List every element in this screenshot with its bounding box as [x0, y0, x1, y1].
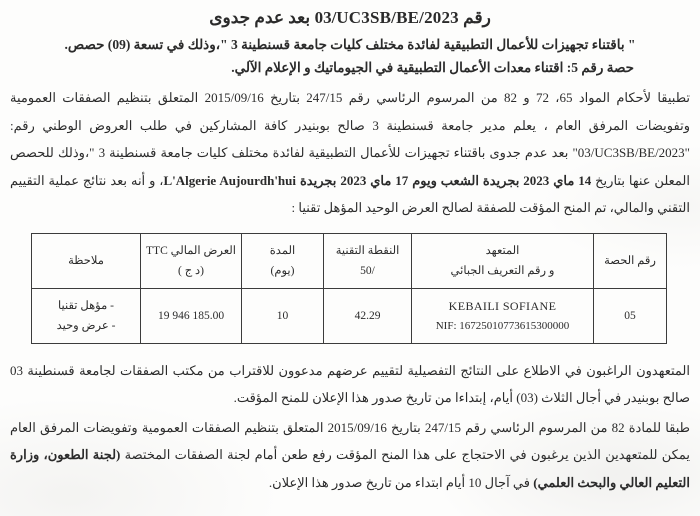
appeal-paragraph: طبقا للمادة 82 من المرسوم الرئاسي رقم 24… — [10, 414, 690, 497]
col-header-financial-offer: العرض المالي TTC (د ج ) — [141, 233, 242, 288]
note-qualified: - مؤهل تقنيا — [35, 296, 137, 316]
bidder-nif: NIF: 16725010773615300000 — [415, 317, 590, 336]
announcement-title: رقم 03/UC3SB/BE/2023 بعد عدم جدوى — [10, 8, 690, 28]
subject-line: " باقتناء تجهيزات للأعمال التطبيقية لفائ… — [10, 37, 690, 53]
title-word-ref: رقم — [463, 8, 491, 27]
duration-value: 10 — [242, 288, 324, 343]
col-header-bidder: المتعهد و رقم التعريف الجبائي — [412, 233, 594, 288]
bidder-name: KEBAILI SOFIANE — [415, 296, 590, 317]
col-header-lot-number: رقم الحصة — [594, 233, 667, 288]
col-header-note: ملاحظة — [32, 233, 141, 288]
lot-number-value: 05 — [594, 288, 667, 343]
bidder-cell: KEBAILI SOFIANE NIF: 1672501077361530000… — [412, 288, 594, 343]
note-cell: - مؤهل تقنيا - عرض وحيد — [32, 288, 141, 343]
intro-run-1: تطبيقا لأحكام المواد 65، 72 و 82 من المر… — [10, 90, 690, 133]
consultation-paragraph: المتعهدون الراغبون في الاطلاع على النتائ… — [10, 357, 690, 412]
intro-tender-code: "03/UC3SB/BE/2023" — [572, 145, 690, 160]
technical-score-value: 42.29 — [324, 288, 412, 343]
intro-newspaper-name: L'Algerie Aujourdh'hui — [164, 173, 297, 188]
award-table: رقم الحصة المتعهد و رقم التعريف الجبائي … — [31, 233, 667, 344]
intro-paragraph: تطبيقا لأحكام المواد 65، 72 و 82 من المر… — [10, 84, 690, 222]
lot-description-line: حصة رقم 5: اقتناء معدات الأعمال التطبيقي… — [10, 60, 690, 76]
note-single-offer: - عرض وحيد — [35, 316, 137, 336]
award-table-header-row: رقم الحصة المتعهد و رقم التعريف الجبائي … — [32, 233, 667, 288]
appeal-run-3: في آجال 10 أيام ابتداء من تاريخ صدور هذا… — [269, 475, 533, 490]
tender-reference: 03/UC3SB/BE/2023 — [315, 8, 459, 27]
intro-publication-dates: 14 ماي 2023 بجريدة الشعب ويوم 17 ماي 202… — [296, 173, 591, 188]
scanned-announcement-page: رقم 03/UC3SB/BE/2023 بعد عدم جدوى " باقت… — [0, 0, 700, 516]
col-header-duration: المدة (يوم) — [242, 233, 324, 288]
col-header-technical-score: النقطة التقنية /50 — [324, 233, 412, 288]
award-table-row: 05 KEBAILI SOFIANE NIF: 1672501077361530… — [32, 288, 667, 343]
financial-offer-value: 19 946 185.00 — [141, 288, 242, 343]
title-tail: بعد عدم جدوى — [209, 8, 310, 27]
